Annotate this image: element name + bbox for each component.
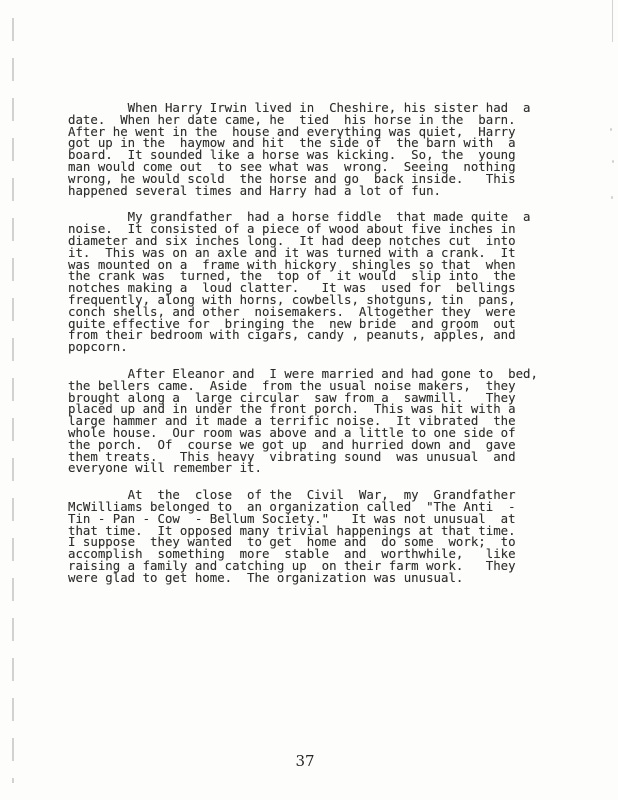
page-text: When Harry Irwin lived in Cheshire, his …: [68, 102, 528, 598]
paragraph-bellers: After Eleanor and I were married and had…: [68, 368, 528, 474]
page-number: 37: [0, 752, 610, 770]
scan-speck: [610, 128, 612, 131]
scan-edge-artifact: [612, 0, 613, 42]
paragraph-harry-irwin: When Harry Irwin lived in Cheshire, his …: [68, 102, 528, 196]
paragraph-anti-tin-pan-society: At the close of the Civil War, my Grandf…: [68, 489, 528, 583]
binding-edge-artifact: [12, 18, 14, 783]
paragraph-horse-fiddle: My grandfather had a horse fiddle that m…: [68, 211, 528, 353]
scan-speck: [612, 160, 614, 163]
document-page: When Harry Irwin lived in Cheshire, his …: [0, 0, 618, 800]
scan-speck: [611, 196, 613, 199]
